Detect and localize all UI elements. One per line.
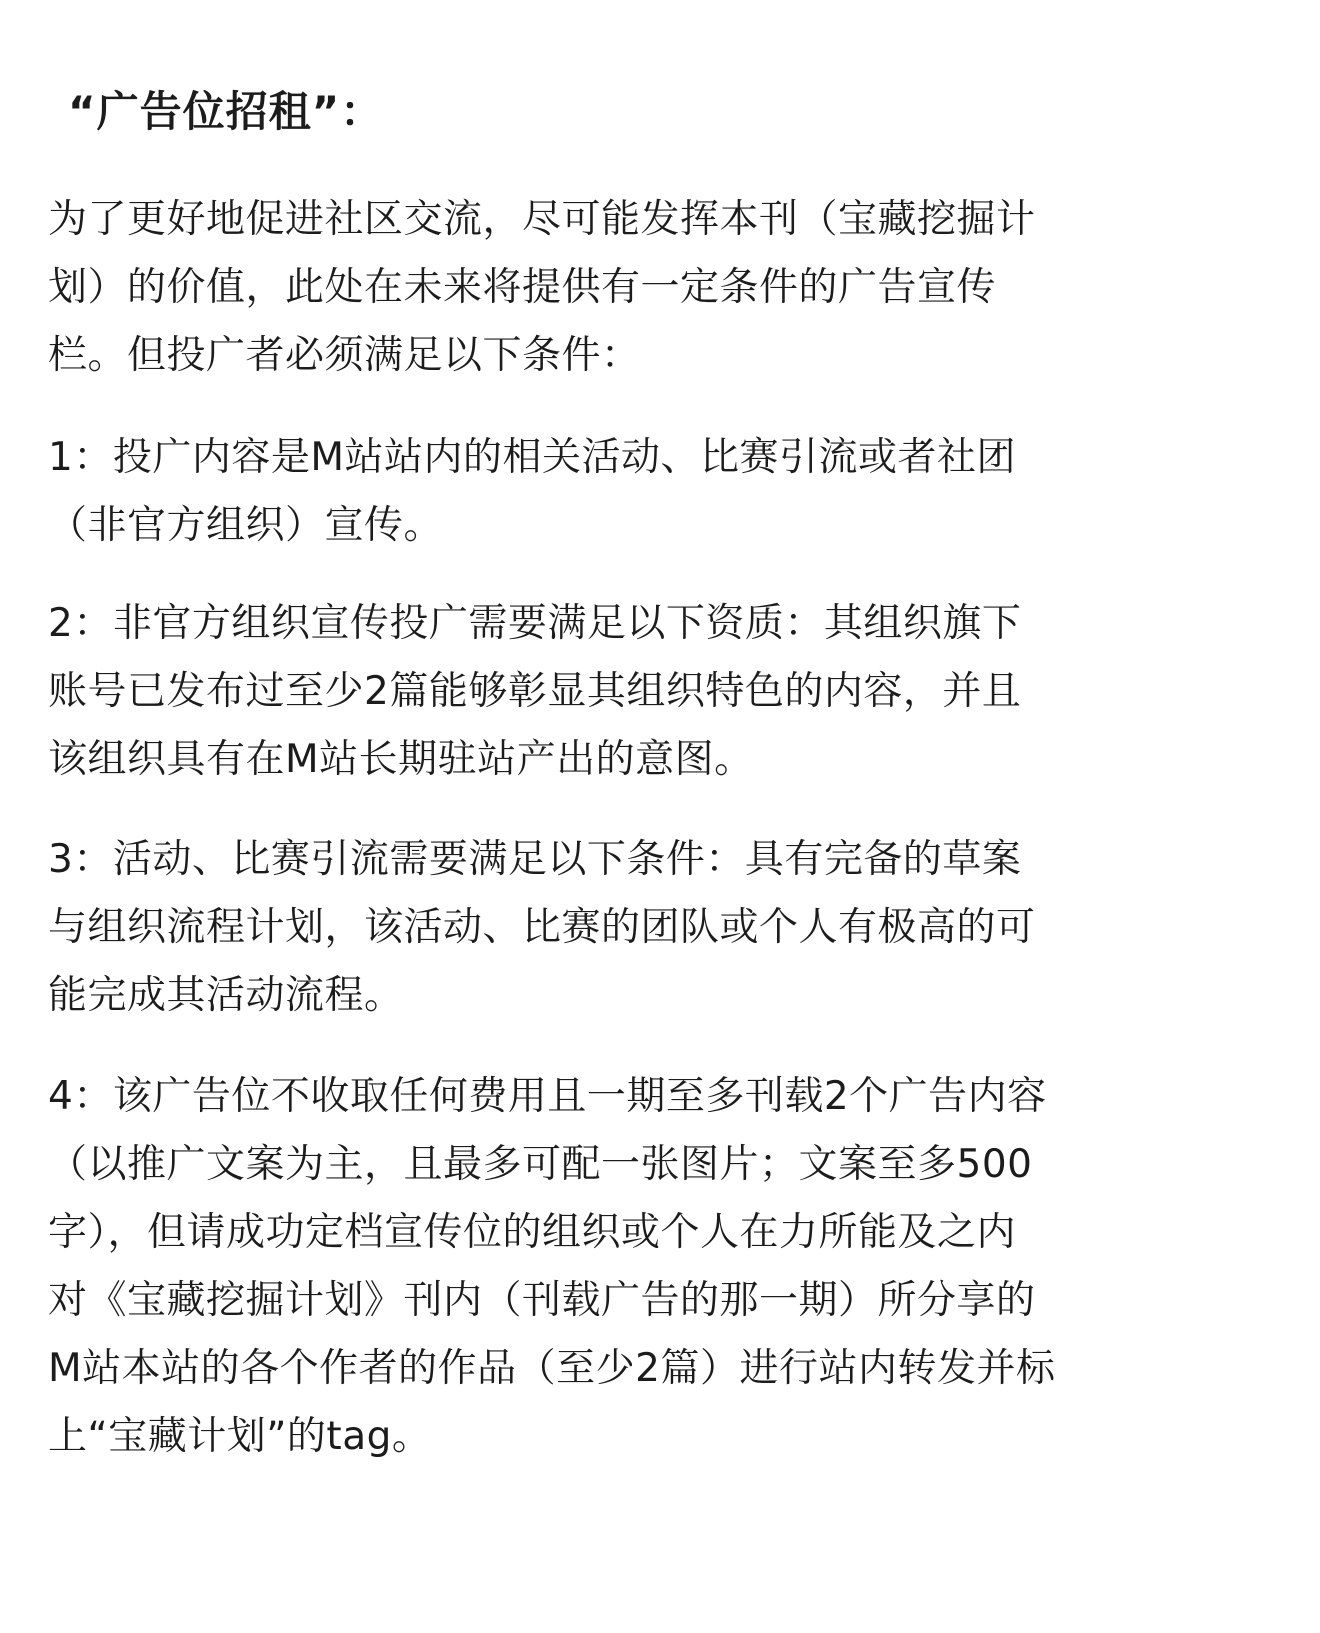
text-line: 栏。但投广者必须满足以下条件： bbox=[48, 322, 1288, 390]
text-line: 账号已发布过至少2篇能够彰显其组织特色的内容，并且 bbox=[48, 658, 1288, 726]
text-line: 1：投广内容是M站站内的相关活动、比赛引流或者社团 bbox=[48, 424, 1288, 492]
condition-3: 3：活动、比赛引流需要满足以下条件：具有完备的草案 与组织流程计划，该活动、比赛… bbox=[48, 826, 1288, 1030]
text-line: 对《宝藏挖掘计划》刊内（刊载广告的那一期）所分享的 bbox=[48, 1267, 1288, 1335]
condition-2: 2：非官方组织宣传投广需要满足以下资质：其组织旗下 账号已发布过至少2篇能够彰显… bbox=[48, 590, 1288, 794]
text-line: 2：非官方组织宣传投广需要满足以下资质：其组织旗下 bbox=[48, 590, 1288, 658]
text-line: 3：活动、比赛引流需要满足以下条件：具有完备的草案 bbox=[48, 826, 1288, 894]
text-line: M站本站的各个作者的作品（至少2篇）进行站内转发并标 bbox=[48, 1335, 1288, 1403]
text-line: 字），但请成功定档宣传位的组织或个人在力所能及之内 bbox=[48, 1199, 1288, 1267]
text-line: （以推广文案为主，且最多可配一张图片；文案至多500 bbox=[48, 1131, 1288, 1199]
intro-paragraph: 为了更好地促进社区交流，尽可能发挥本刊（宝藏挖掘计 划）的价值，此处在未来将提供… bbox=[48, 186, 1288, 390]
text-line: 为了更好地促进社区交流，尽可能发挥本刊（宝藏挖掘计 bbox=[48, 186, 1288, 254]
text-line: 4：该广告位不收取任何费用且一期至多刊载2个广告内容 bbox=[48, 1063, 1288, 1131]
text-line: 划）的价值，此处在未来将提供有一定条件的广告宣传 bbox=[48, 254, 1288, 322]
text-line: 与组织流程计划，该活动、比赛的团队或个人有极高的可 bbox=[48, 894, 1288, 962]
page-title: “广告位招租”： bbox=[68, 84, 383, 140]
condition-4: 4：该广告位不收取任何费用且一期至多刊载2个广告内容 （以推广文案为主，且最多可… bbox=[48, 1063, 1288, 1471]
condition-1: 1：投广内容是M站站内的相关活动、比赛引流或者社团 （非官方组织）宣传。 bbox=[48, 424, 1288, 560]
text-line: 上“宝藏计划”的tag。 bbox=[48, 1403, 1288, 1471]
text-line: 该组织具有在M站长期驻站产出的意图。 bbox=[48, 726, 1288, 794]
text-line: （非官方组织）宣传。 bbox=[48, 492, 1288, 560]
text-line: 能完成其活动流程。 bbox=[48, 962, 1288, 1030]
